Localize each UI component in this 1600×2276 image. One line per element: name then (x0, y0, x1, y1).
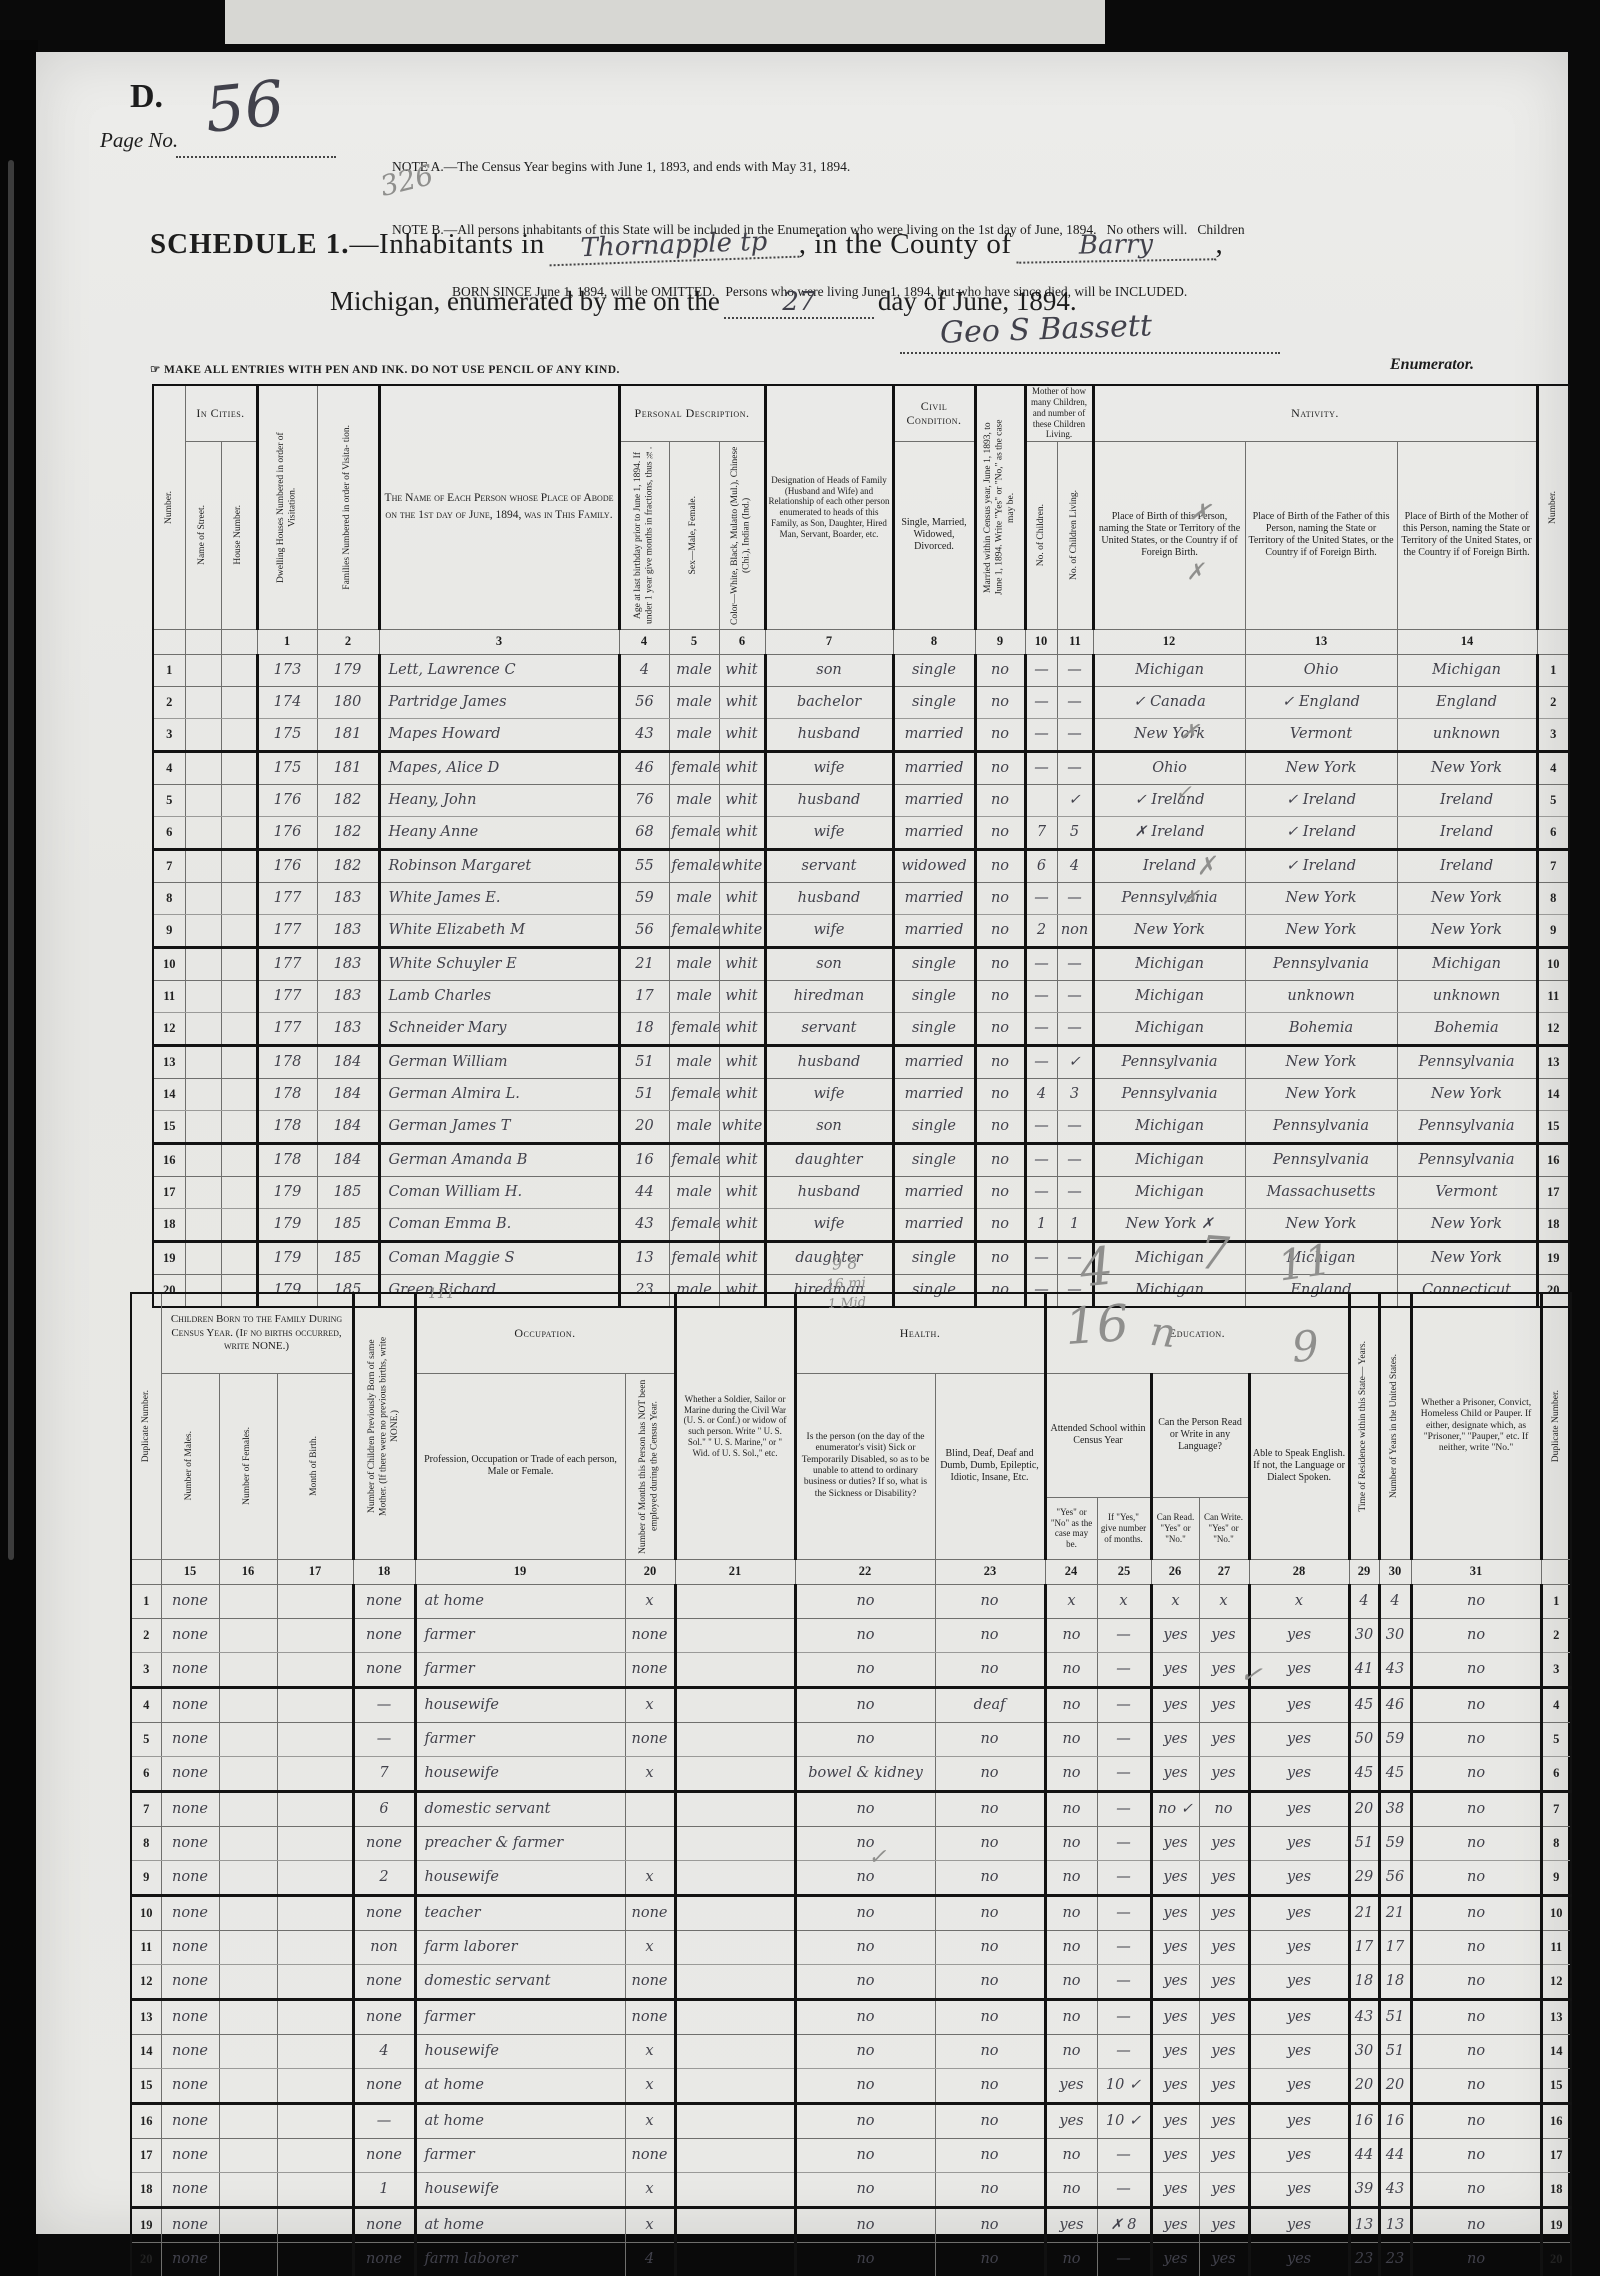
cell-prev: none (353, 2068, 415, 2103)
cell-school: no (1045, 1791, 1097, 1826)
cell-name: Schneider Mary (379, 1012, 619, 1045)
cell-sick: bowel & kidney (795, 1756, 935, 1791)
cell-age: 44 (619, 1176, 669, 1208)
cell-birth: New York (1093, 914, 1245, 947)
cell-family: 182 (317, 784, 379, 816)
cell-ystate: 39 (1349, 2172, 1379, 2207)
col-children-label: No. of Children. (1025, 441, 1057, 629)
cell-schmo: — (1097, 1895, 1151, 1930)
cell-write: yes (1199, 1964, 1249, 1999)
cell-ystate: 44 (1349, 2138, 1379, 2172)
cell-yus: 51 (1379, 1999, 1411, 2034)
township-handwritten: Thornapple tp (548, 226, 799, 267)
cell-living: — (1057, 1143, 1093, 1176)
cell-num: 3 (153, 718, 185, 751)
cell-write: yes (1199, 2207, 1249, 2242)
cell-unemp: x (625, 2207, 675, 2242)
cell-num: 10 (131, 1895, 161, 1930)
cell-males: none (161, 2172, 219, 2207)
col-number: 16 (219, 1559, 277, 1584)
cell-family: 184 (317, 1045, 379, 1078)
cell-relation: wife (765, 816, 893, 849)
cell-age: 51 (619, 1078, 669, 1110)
cell-color: whit (719, 947, 765, 980)
cell-month (277, 1860, 353, 1895)
cell-num: 20 (131, 2242, 161, 2276)
cell-males: none (161, 1722, 219, 1756)
table-row: 16none—at homexnonoyes10 ✓yesyesyes1616n… (131, 2103, 1571, 2138)
cell-age: 17 (619, 980, 669, 1012)
cell-sick: no (795, 1791, 935, 1826)
cell-mother: England (1397, 686, 1537, 718)
enumerator-signature: Geo S Bassett (939, 308, 1152, 350)
empty-cell (185, 1143, 221, 1176)
cell-sex: male (669, 686, 719, 718)
cell-schmo: — (1097, 1860, 1151, 1895)
empty-cell (221, 1110, 257, 1143)
col-soldier-label: Whether a Soldier, Sailor or Marine duri… (675, 1293, 795, 1559)
cell-color: whit (719, 654, 765, 686)
cell-soldier (675, 1964, 795, 1999)
cell-family: 185 (317, 1241, 379, 1274)
cell-month (277, 1756, 353, 1791)
county-handwritten: Barry (1015, 228, 1216, 263)
cell-relation: wife (765, 1078, 893, 1110)
cell-sick: no (795, 1826, 935, 1860)
cell-english: yes (1249, 1652, 1349, 1687)
pencil-mark: 16 mi (826, 1275, 867, 1293)
cell-num: 8 (131, 1826, 161, 1860)
cell-name: Lett, Lawrence C (379, 654, 619, 686)
cell-name: German William (379, 1045, 619, 1078)
empty-cell (221, 1045, 257, 1078)
cell-father: Pennsylvania (1245, 947, 1397, 980)
cell-yus: 4 (1379, 1584, 1411, 1618)
cell-unemp: 4 (625, 2242, 675, 2276)
cell-num: 14 (131, 2034, 161, 2068)
cell-living: 1 (1057, 1208, 1093, 1241)
attended-school-group: Attended School within Census Year (1045, 1373, 1151, 1498)
table-row: 18179185Coman Emma B.43femalewhitwifemar… (153, 1208, 1569, 1241)
cell-family: 182 (317, 816, 379, 849)
cell-prev: none (353, 2138, 415, 2172)
cell-schmo: 10 ✓ (1097, 2103, 1151, 2138)
cell-name: Coman William H. (379, 1176, 619, 1208)
cell-num: 14 (153, 1078, 185, 1110)
pencil-mark: 111 (428, 1286, 455, 1302)
cell-females (219, 2172, 277, 2207)
empty-cell (221, 882, 257, 914)
cell-num: 2 (131, 1618, 161, 1652)
empty-cell (221, 816, 257, 849)
cell-color: whit (719, 718, 765, 751)
cell-num: 19 (1541, 2207, 1571, 2242)
cell-civil: married (893, 751, 975, 784)
cell-family: 183 (317, 1012, 379, 1045)
cell-birth: ✗ Ireland (1093, 816, 1245, 849)
cell-dwelling: 177 (257, 1012, 317, 1045)
cell-name: White Elizabeth M (379, 914, 619, 947)
cell-sick: no (795, 1860, 935, 1895)
cell-yus: 56 (1379, 1860, 1411, 1895)
cell-write: yes (1199, 1930, 1249, 1964)
cell-month (277, 1584, 353, 1618)
cell-sick: no (795, 1964, 935, 1999)
empty-cell (221, 1176, 257, 1208)
cell-prev: non (353, 1930, 415, 1964)
cell-unemp: none (625, 1999, 675, 2034)
day-handwritten: 27 (724, 287, 874, 319)
cell-females (219, 2034, 277, 2068)
cell-num: 12 (153, 1012, 185, 1045)
cell-english: yes (1249, 1826, 1349, 1860)
cell-pauper: no (1411, 1652, 1541, 1687)
cell-soldier (675, 1895, 795, 1930)
col-duplicate-label: Duplicate Number. (131, 1293, 161, 1559)
cell-month (277, 2138, 353, 2172)
pencil-mark: ✗ (1188, 497, 1212, 528)
cell-dwelling: 178 (257, 1045, 317, 1078)
cell-females (219, 1964, 277, 1999)
cell-color: whit (719, 1176, 765, 1208)
cell-father: Pennsylvania (1245, 1110, 1397, 1143)
cell-num: 12 (1541, 1964, 1571, 1999)
cell-children: — (1025, 882, 1057, 914)
cell-english: yes (1249, 2242, 1349, 2276)
cell-english: yes (1249, 2138, 1349, 2172)
cell-prev: none (353, 1895, 415, 1930)
cell-father: unknown (1245, 980, 1397, 1012)
col-number: 28 (1249, 1559, 1349, 1584)
cell-relation: servant (765, 849, 893, 882)
col-number: 31 (1411, 1559, 1541, 1584)
cell-infirmity: no (935, 2103, 1045, 2138)
col-number: 15 (161, 1559, 219, 1584)
empty-cell (221, 654, 257, 686)
read-write-group: Can the Person Read or Write in any Lang… (1151, 1373, 1249, 1498)
page-no-label: Page No. (100, 128, 178, 153)
table-row: 19179185Coman Maggie S13femalewhitdaught… (153, 1241, 1569, 1274)
cell-relation: wife (765, 751, 893, 784)
cell-color: whit (719, 1208, 765, 1241)
table-row: 4175181Mapes, Alice D46femalewhitwifemar… (153, 751, 1569, 784)
cell-living: ✓ (1057, 1045, 1093, 1078)
col-number: 26 (1151, 1559, 1199, 1584)
cell-color: white (719, 914, 765, 947)
cell-civil: single (893, 1143, 975, 1176)
empty-cell (221, 784, 257, 816)
cell-school: no (1045, 1895, 1097, 1930)
col-number: 30 (1379, 1559, 1411, 1584)
cell-name: Lamb Charles (379, 980, 619, 1012)
cell-mother: New York (1397, 1078, 1537, 1110)
cell-soldier (675, 1860, 795, 1895)
cell-children: — (1025, 751, 1057, 784)
cell-father: Massachusetts (1245, 1176, 1397, 1208)
col-married-label: Married within Census year, June 1, 1893… (975, 385, 1025, 629)
col-can-read-label: Can Read. "Yes" or "No." (1151, 1498, 1199, 1559)
cell-family: 185 (317, 1208, 379, 1241)
cell-name: Heany, John (379, 784, 619, 816)
cell-children: 7 (1025, 816, 1057, 849)
cell-males: none (161, 1652, 219, 1687)
cell-civil: single (893, 1110, 975, 1143)
cell-num: 8 (1541, 1826, 1571, 1860)
cell-relation: wife (765, 1208, 893, 1241)
cell-family: 184 (317, 1078, 379, 1110)
cell-children: — (1025, 1012, 1057, 1045)
cell-color: whit (719, 751, 765, 784)
cell-prev: none (353, 1826, 415, 1860)
table-row: 15178184German James T20malewhitesonsing… (153, 1110, 1569, 1143)
cell-unemp: x (625, 1584, 675, 1618)
col-month-label: Month of Birth. (277, 1373, 353, 1559)
col-birth-father-label: Place of Birth of the Father of this Per… (1245, 441, 1397, 629)
cell-color: whit (719, 1241, 765, 1274)
cell-num: 8 (153, 882, 185, 914)
cell-pauper: no (1411, 2172, 1541, 2207)
col-number: 29 (1349, 1559, 1379, 1584)
cell-num: 14 (1541, 2034, 1571, 2068)
cell-females (219, 2242, 277, 2276)
cell-num: 5 (1541, 1722, 1571, 1756)
cell-read: yes (1151, 2034, 1199, 2068)
col-number: 4 (619, 629, 669, 654)
cell-english: yes (1249, 1930, 1349, 1964)
cell-num: 18 (153, 1208, 185, 1241)
pencil-mark: 9 8 (832, 1253, 858, 1273)
cell-num: 2 (153, 686, 185, 718)
cell-father: ✓ England (1245, 686, 1397, 718)
cell-unemp: x (625, 1687, 675, 1722)
col-name-label: The Name of Each Person whose Place of A… (379, 385, 619, 629)
cell-num: 3 (1541, 1652, 1571, 1687)
cell-schmo: — (1097, 1964, 1151, 1999)
cell-males: none (161, 1756, 219, 1791)
cell-civil: widowed (893, 849, 975, 882)
cell-soldier (675, 2034, 795, 2068)
cell-num: 9 (153, 914, 185, 947)
cell-occupation: farmer (415, 2138, 625, 2172)
col-number: 23 (935, 1559, 1045, 1584)
cell-relation: husband (765, 882, 893, 914)
col-number: 12 (1093, 629, 1245, 654)
cell-dwelling: 174 (257, 686, 317, 718)
cell-read: yes (1151, 1895, 1199, 1930)
cell-write: yes (1199, 1860, 1249, 1895)
cell-english: yes (1249, 1791, 1349, 1826)
col-duplicate-right-label: Duplicate Number. (1541, 1293, 1571, 1559)
table-row: 19nonenoneat homexnonoyes✗ 8yesyesyes131… (131, 2207, 1571, 2242)
cell-yus: 18 (1379, 1964, 1411, 1999)
table-row: 9none2housewifexnonono—yesyesyes2956no9 (131, 1860, 1571, 1895)
cell-married: no (975, 882, 1025, 914)
cell-soldier (675, 1618, 795, 1652)
cell-infirmity: deaf (935, 1687, 1045, 1722)
cell-month (277, 2103, 353, 2138)
cell-num: 2 (1537, 686, 1569, 718)
empty-cell (221, 914, 257, 947)
cell-sick: no (795, 2103, 935, 2138)
cell-civil: married (893, 914, 975, 947)
cell-sick: no (795, 2034, 935, 2068)
cell-read: yes (1151, 1826, 1199, 1860)
col-number-blank (221, 629, 257, 654)
cell-occupation: at home (415, 1584, 625, 1618)
cell-females (219, 1722, 277, 1756)
cell-schmo: — (1097, 1791, 1151, 1826)
cell-schmo: — (1097, 1999, 1151, 2034)
cell-ystate: 45 (1349, 1756, 1379, 1791)
cell-married: no (975, 751, 1025, 784)
cell-prev: none (353, 2242, 415, 2276)
cell-unemp: x (625, 2034, 675, 2068)
cell-females (219, 2207, 277, 2242)
cell-infirmity: no (935, 2172, 1045, 2207)
cell-name: German James T (379, 1110, 619, 1143)
col-dwelling-label: Dwelling Houses Numbered in order of Vis… (257, 385, 317, 629)
cell-dwelling: 176 (257, 816, 317, 849)
cell-occupation: housewife (415, 1860, 625, 1895)
cell-age: 68 (619, 816, 669, 849)
cell-schmo: ✗ 8 (1097, 2207, 1151, 2242)
cell-num: 15 (1541, 2068, 1571, 2103)
cell-ystate: 45 (1349, 1687, 1379, 1722)
cell-soldier (675, 2103, 795, 2138)
empty-cell (221, 1012, 257, 1045)
cell-school: no (1045, 1860, 1097, 1895)
cell-family: 179 (317, 654, 379, 686)
cell-mother: unknown (1397, 718, 1537, 751)
cell-name: Robinson Margaret (379, 849, 619, 882)
cell-sick: no (795, 1999, 935, 2034)
cell-num: 1 (1541, 1584, 1571, 1618)
cell-children: 6 (1025, 849, 1057, 882)
cell-ystate: 20 (1349, 2068, 1379, 2103)
cell-soldier (675, 1826, 795, 1860)
cell-mother: Ireland (1397, 849, 1537, 882)
cell-pauper: no (1411, 1791, 1541, 1826)
cell-females (219, 2068, 277, 2103)
cell-family: 181 (317, 751, 379, 784)
cell-females (219, 1687, 277, 1722)
cell-yus: 23 (1379, 2242, 1411, 2276)
cell-family: 183 (317, 980, 379, 1012)
empty-cell (185, 686, 221, 718)
col-civil-label: Single, Married, Widowed, Divorced. (893, 441, 975, 629)
cell-civil: married (893, 816, 975, 849)
col-color-label: Color—White, Black, Mulatto (Mul.), Chin… (719, 441, 765, 629)
cell-num: 12 (131, 1964, 161, 1999)
cell-occupation: housewife (415, 2034, 625, 2068)
cell-birth: Michigan (1093, 1176, 1245, 1208)
cell-num: 5 (1537, 784, 1569, 816)
cell-yus: 20 (1379, 2068, 1411, 2103)
cell-name: White James E. (379, 882, 619, 914)
empty-cell (185, 980, 221, 1012)
cell-males: none (161, 1930, 219, 1964)
cell-yus: 43 (1379, 1652, 1411, 1687)
title-comma: , (1216, 228, 1224, 260)
cell-living: 4 (1057, 849, 1093, 882)
table-row: 6none7housewifexbowel & kidneynono—yesye… (131, 1756, 1571, 1791)
cell-father: Bohemia (1245, 1012, 1397, 1045)
cell-yus: 59 (1379, 1826, 1411, 1860)
cell-prev: none (353, 1999, 415, 2034)
cell-yus: 45 (1379, 1756, 1411, 1791)
cell-num: 1 (153, 654, 185, 686)
table-row: 13178184German William51malewhithusbandm… (153, 1045, 1569, 1078)
cell-married: no (975, 849, 1025, 882)
cell-english: yes (1249, 2172, 1349, 2207)
cell-yus: 51 (1379, 2034, 1411, 2068)
cell-num: 7 (131, 1791, 161, 1826)
cell-living: — (1057, 718, 1093, 751)
cell-schmo: — (1097, 1756, 1151, 1791)
cell-mother: New York (1397, 1241, 1537, 1274)
cell-age: 56 (619, 686, 669, 718)
cell-infirmity: no (935, 1999, 1045, 2034)
cell-ystate: 20 (1349, 1791, 1379, 1826)
cell-mother: Michigan (1397, 654, 1537, 686)
cell-sex: male (669, 947, 719, 980)
col-house-label: House Number. (221, 441, 257, 629)
col-pauper-label: Whether a Prisoner, Convict, Homeless Ch… (1411, 1293, 1541, 1559)
cell-civil: single (893, 1241, 975, 1274)
cell-num: 6 (153, 816, 185, 849)
cell-read: yes (1151, 1964, 1199, 1999)
cell-civil: married (893, 1045, 975, 1078)
cell-name: Heany Anne (379, 816, 619, 849)
cell-num: 19 (1537, 1241, 1569, 1274)
cell-married: no (975, 980, 1025, 1012)
pencil-mark: 1 Mid (828, 1295, 867, 1312)
cell-infirmity: no (935, 2034, 1045, 2068)
cell-dwelling: 178 (257, 1110, 317, 1143)
cell-prev: none (353, 1964, 415, 1999)
cell-males: none (161, 2207, 219, 2242)
cell-soldier (675, 1930, 795, 1964)
cell-females (219, 1584, 277, 1618)
cell-read: yes (1151, 2172, 1199, 2207)
cell-name: White Schuyler E (379, 947, 619, 980)
cell-read: yes (1151, 1687, 1199, 1722)
cell-age: 20 (619, 1110, 669, 1143)
cell-living: ✓ (1057, 784, 1093, 816)
cell-color: whit (719, 784, 765, 816)
cell-schmo: — (1097, 1618, 1151, 1652)
cell-month (277, 2207, 353, 2242)
cell-unemp: none (625, 2138, 675, 2172)
cell-ystate: 17 (1349, 1930, 1379, 1964)
cell-relation: bachelor (765, 686, 893, 718)
cell-num: 6 (131, 1756, 161, 1791)
cell-married: no (975, 718, 1025, 751)
cell-color: whit (719, 686, 765, 718)
cell-mother: Pennsylvania (1397, 1143, 1537, 1176)
cell-father: Ohio (1245, 654, 1397, 686)
cell-married: no (975, 1143, 1025, 1176)
col-number-blank (131, 1559, 161, 1584)
cell-living: — (1057, 751, 1093, 784)
cell-dwelling: 175 (257, 751, 317, 784)
cell-dwelling: 175 (257, 718, 317, 751)
cell-children: — (1025, 947, 1057, 980)
cell-write: yes (1199, 2172, 1249, 2207)
empty-cell (185, 914, 221, 947)
pencil-mark: ✗ (1181, 884, 1199, 909)
cell-males: none (161, 1860, 219, 1895)
